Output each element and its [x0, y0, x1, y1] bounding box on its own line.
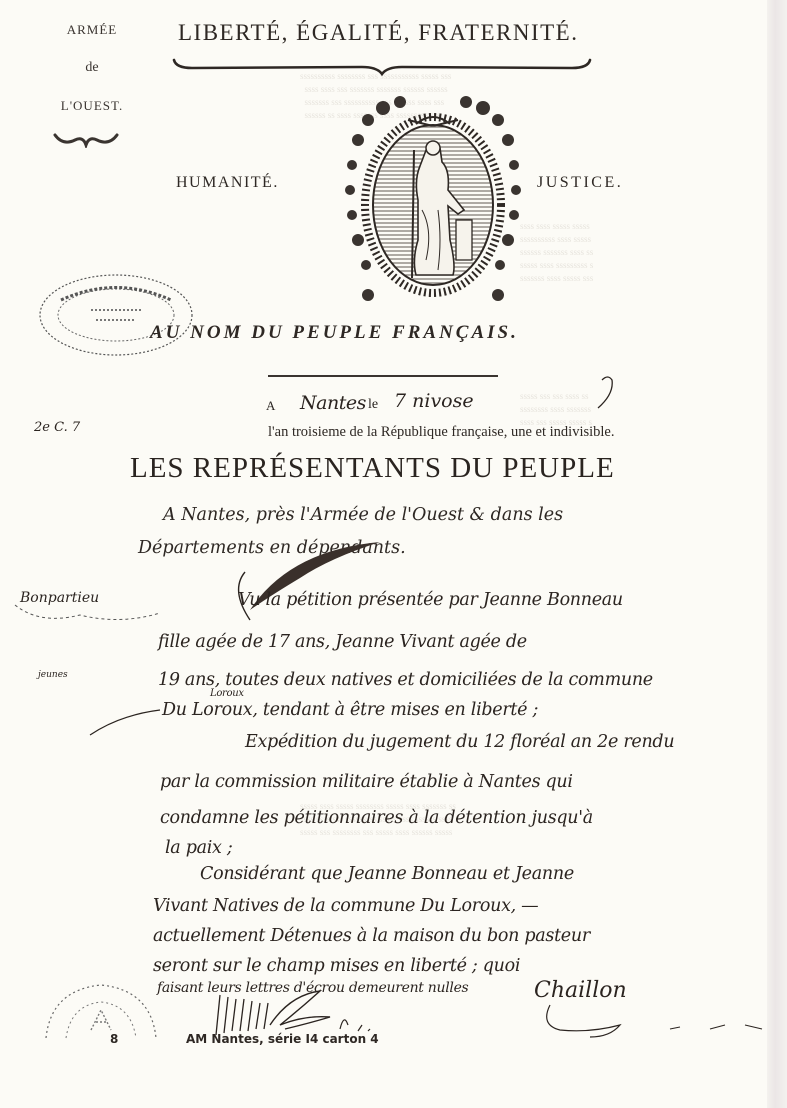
issuer-title: LES REPRÉSENTANTS DU PEUPLE — [130, 452, 615, 485]
virtue-justice: JUSTICE. — [537, 174, 623, 192]
army-line-1: ARMÉE — [52, 20, 132, 58]
place-handwritten: Nantes — [300, 392, 366, 414]
reference-number: 2e C. 7 — [34, 420, 80, 435]
proclamation-heading: AU NOM DU PEUPLE FRANÇAIS. — [150, 322, 519, 344]
small-brace-ornament-icon — [53, 132, 119, 148]
body-line-9: Considérant que Jeanne Bonneau et Jeanne — [200, 864, 574, 884]
virtue-humanite: HUMANITÉ. — [176, 174, 279, 192]
margin-note-jeunes: jeunes — [38, 670, 68, 680]
body-line-4: Loroux Du Loroux, tendant à être mises e… — [162, 700, 538, 720]
army-line-3: L'OUEST. — [52, 96, 132, 134]
body-line-4-text: Du Loroux, tendant à être mises en liber… — [162, 700, 538, 720]
body-line-8: la paix ; — [165, 838, 232, 858]
bottom-stamp-icon — [36, 980, 166, 1040]
page-number: 8 — [110, 1032, 118, 1046]
year-line: l'an troisieme de la République français… — [268, 424, 614, 441]
issuer-line-1: A Nantes, près l'Armée de l'Ouest & dans… — [163, 505, 563, 525]
margin-note-bonpartieu: Bonpartieu — [20, 590, 99, 606]
body-line-6: par la commission militaire établie à Na… — [160, 772, 573, 792]
body-line-7: condamne les pétitionnaires à la détenti… — [160, 808, 593, 828]
pen-flourish-icon — [150, 530, 440, 630]
margin-pen-lines — [10, 585, 170, 745]
body-line-2: fille agée de 17 ans, Jeanne Vivant agée… — [158, 632, 527, 652]
scanned-document-page: ssssssssss ssssssss sss sssssssssss ssss… — [0, 0, 787, 1108]
source-citation: AM Nantes, série I4 carton 4 — [186, 1032, 379, 1046]
army-line-2: de — [52, 58, 132, 96]
body-line-5: Expédition du jugement du 12 floréal an … — [245, 732, 674, 752]
body-line-12: seront sur le champ mises en liberté ; q… — [153, 956, 520, 976]
date-flourish-icon — [584, 372, 624, 412]
date-handwritten: 7 nivose — [394, 390, 474, 412]
liberty-vignette-icon — [338, 90, 528, 305]
bleed-through-text: ssss ssss sssss sssss ssssssssss ssss ss… — [520, 220, 593, 285]
body-line-3: 19 ans, toutes deux natives et domicilié… — [158, 670, 653, 690]
long-brace-ornament-icon — [172, 58, 592, 76]
date-label: le — [368, 397, 378, 413]
archive-stamp-icon — [36, 270, 196, 360]
motto-heading: LIBERTÉ, ÉGALITÉ, FRATERNITÉ. — [178, 20, 578, 46]
body-line-10: Vivant Natives de la commune Du Loroux, … — [153, 896, 538, 916]
army-heading: ARMÉE de L'OUEST. — [52, 20, 132, 134]
body-line-1: Vu la pétition présentée par Jeanne Bonn… — [238, 590, 623, 610]
interlinear-insert: Loroux — [210, 688, 244, 699]
divider-rule — [268, 375, 498, 377]
place-label: A — [266, 398, 275, 414]
page-edge-shadow — [767, 0, 787, 1108]
body-line-11: actuellement Détenues à la maison du bon… — [153, 926, 590, 946]
